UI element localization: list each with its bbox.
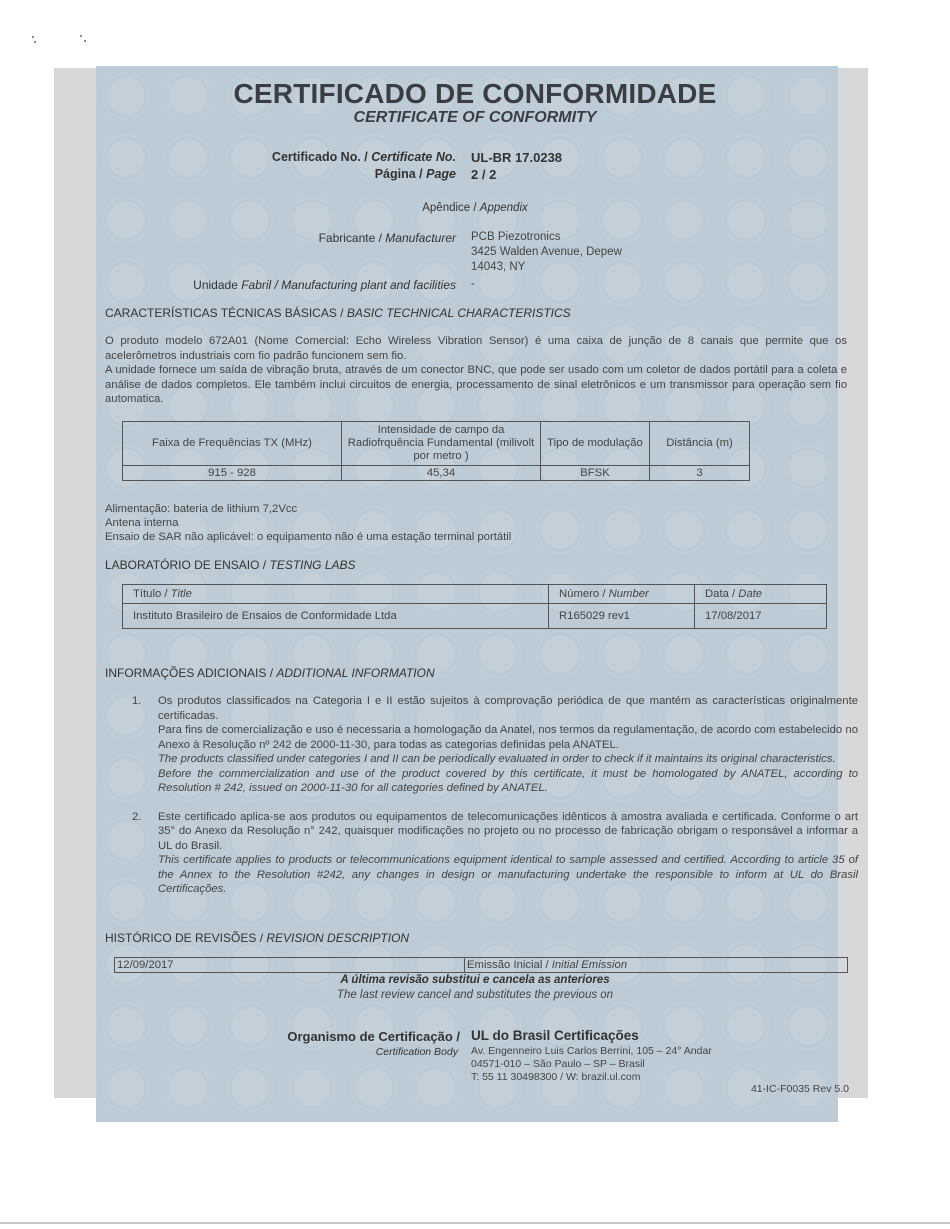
revisions-table: 12/09/2017 Emissão Inicial / Initial Emi… [114, 957, 848, 973]
table-cell: 45,34 [342, 466, 541, 481]
column-header: Faixa de Frequências TX (MHz) [123, 422, 342, 466]
manufacturer-address-1: 3425 Walden Avenue, Depew [471, 246, 622, 258]
manufacturer-name: PCB Piezotronics [471, 231, 560, 243]
certificate-no-label: Certificado No. / Certificate No. [200, 150, 456, 164]
manufacturer-address-2: 14043, NY [471, 261, 525, 273]
appendix-label: Apêndice / Appendix [0, 202, 950, 214]
labs-heading: LABORATÓRIO DE ENSAIO / TESTING LABS [105, 558, 356, 572]
column-header: Tipo de modulação [541, 422, 650, 466]
page-number: 2 / 2 [471, 167, 496, 182]
sar-note: Ensaio de SAR não aplicável: o equipamen… [105, 530, 511, 545]
certification-body-name: UL do Brasil Certificações [471, 1028, 639, 1043]
power-note: Alimentação: bateria de lithium 7,2Vcc [105, 502, 297, 517]
scan-edge [0, 1222, 950, 1224]
plant-value: - [471, 278, 475, 290]
list-item: 2. Este certificado aplica-se aos produt… [158, 810, 858, 897]
manufacturer-label: Fabricante / Manufacturer [200, 231, 456, 245]
table-cell: 3 [650, 466, 750, 481]
column-header: Título / Title [123, 585, 549, 604]
column-header: Distância (m) [650, 422, 750, 466]
labs-table: Título / Title Número / Number Data / Da… [122, 584, 827, 629]
certification-body-address-1: Av. Engenneiro Luis Carlos Berrini, 105 … [471, 1045, 712, 1057]
revision-date: 12/09/2017 [115, 958, 465, 973]
table-cell: Instituto Brasileiro de Ensaios de Confo… [123, 604, 549, 629]
table-row: 12/09/2017 Emissão Inicial / Initial Emi… [115, 958, 848, 973]
certification-body-contact: T: 55 11 30498300 / W: brazil.ul.com [471, 1071, 640, 1083]
certification-body-address-2: 04571-010 – São Paulo – SP – Brasil [471, 1058, 645, 1070]
column-header: Data / Date [695, 585, 827, 604]
table-cell: R165029 rev1 [549, 604, 695, 629]
additional-list: 1. Os produtos classificados na Categori… [128, 694, 858, 911]
column-header: Intensidade de campo da Radiofrquência F… [342, 422, 541, 466]
table-row: 915 - 928 45,34 BFSK 3 [123, 466, 750, 481]
certification-body-label: Organismo de Certificação / [200, 1029, 460, 1044]
technical-paragraph-1: O produto modelo 672A01 (Nome Comercial:… [105, 334, 847, 363]
table-header-row: Faixa de Frequências TX (MHz) Intensidad… [123, 422, 750, 466]
table-cell: BFSK [541, 466, 650, 481]
revision-note-pt: A última revisão substitui e cancela as … [0, 974, 950, 986]
technical-heading: CARACTERÍSTICAS TÉCNICAS BÁSICAS / BASIC… [105, 306, 571, 320]
form-code: 41-IC-F0035 Rev 5.0 [700, 1083, 849, 1095]
table-row: Instituto Brasileiro de Ensaios de Confo… [123, 604, 827, 629]
revision-description: Emissão Inicial / Initial Emission [465, 958, 848, 973]
revisions-heading: HISTÓRICO DE REVISÕES / REVISION DESCRIP… [105, 931, 409, 945]
table-header-row: Título / Title Número / Number Data / Da… [123, 585, 827, 604]
page-subtitle: CERTIFICATE OF CONFORMITY [0, 109, 950, 127]
column-header: Número / Number [549, 585, 695, 604]
list-item: 1. Os produtos classificados na Categori… [158, 694, 858, 796]
page-title: CERTIFICADO DE CONFORMIDADE [0, 78, 950, 110]
antenna-note: Antena interna [105, 516, 179, 531]
additional-heading: INFORMAÇÕES ADICIONAIS / ADDITIONAL INFO… [105, 666, 435, 680]
revision-note-en: The last review cancel and substitutes t… [0, 989, 950, 1001]
technical-table: Faixa de Frequências TX (MHz) Intensidad… [122, 421, 750, 481]
table-cell: 915 - 928 [123, 466, 342, 481]
certificate-number: UL-BR 17.0238 [471, 150, 562, 165]
certification-body-label-en: Certification Body [200, 1046, 458, 1058]
plant-label: Unidade Fabril / Manufacturing plant and… [100, 278, 456, 292]
scan-artifact [28, 30, 88, 50]
page-label: Página / Page [200, 167, 456, 181]
table-cell: 17/08/2017 [695, 604, 827, 629]
technical-paragraph-2: A unidade fornece um saída de vibração b… [105, 363, 847, 407]
